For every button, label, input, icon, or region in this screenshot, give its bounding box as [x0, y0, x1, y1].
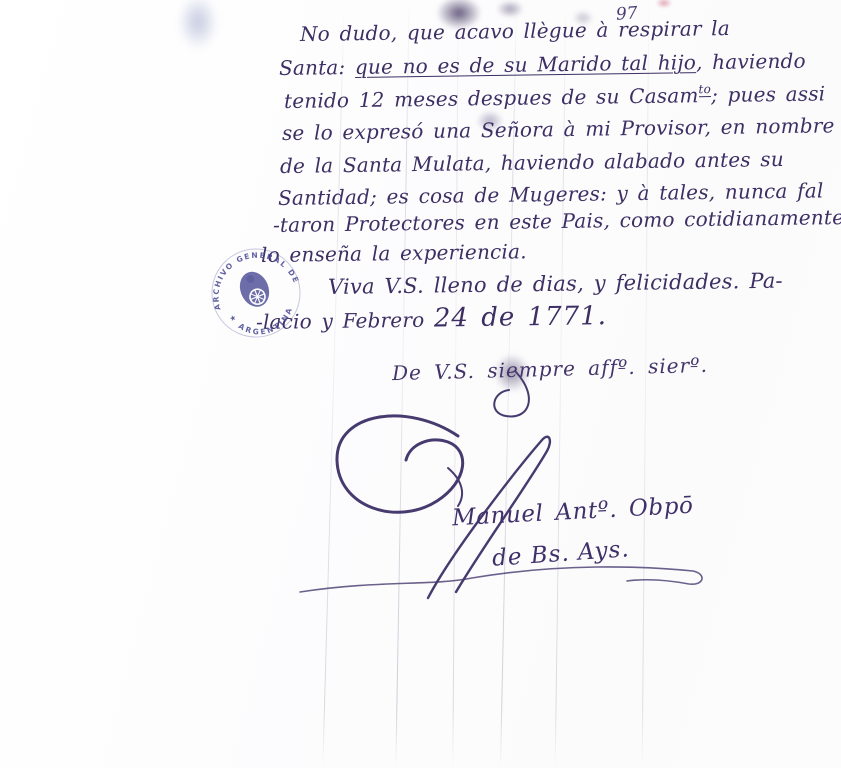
stamp-emblem [235, 267, 274, 311]
line-text: de la Santa Mulata, haviendo alabado ant… [280, 147, 784, 178]
signature-rubric-oval [337, 416, 463, 512]
manuscript-line: -lacio y Febrero 24 de 1771. [256, 301, 607, 336]
date-text: 24 de 1771. [434, 301, 607, 333]
manuscript-line: Santidad; es cosa de Mugeres: y à tales,… [278, 178, 824, 210]
pink-mark [656, 0, 672, 8]
line-text: , haviendo [696, 49, 806, 75]
manuscript-line: Santa: que no es de su Marido tal hijo, … [279, 49, 806, 80]
line-text: Santa: [279, 55, 355, 80]
signature-place: de Bs. Ays. [491, 536, 630, 572]
fold-crease [322, 0, 344, 768]
signature-connector [448, 468, 462, 506]
line-text: No dudo, que acavo llègue à respirar la [300, 16, 730, 46]
line-text: tenido 12 meses despues de su Casam [284, 83, 699, 113]
manuscript-line: Viva V.S. lleno de dias, y felicidades. … [328, 269, 783, 299]
closing-formula: De V.S. siempre affº. sierº. [392, 353, 708, 385]
manuscript-line: lo enseña la experiencia. [261, 239, 527, 267]
underlined-text: que no es de su Marido tal hijo [355, 50, 696, 79]
scanned-manuscript-page: 97 No dudo, que acavo llègue à respirar … [0, 0, 841, 768]
fold-crease [500, 0, 517, 768]
manuscript-line: No dudo, que acavo llègue à respirar la [300, 16, 730, 46]
manuscript-line: -taron Protectores en este Pais, como co… [273, 205, 841, 237]
manuscript-line: tenido 12 meses despues de su Casamto; p… [284, 81, 826, 113]
abbreviation-superscript: to [698, 82, 711, 97]
ink-stain [496, 0, 524, 18]
line-text: lo enseña la experiencia. [261, 239, 527, 267]
line-text: -taron Protectores en este Pais, como co… [273, 205, 841, 237]
line-text: se lo expresó una Señora à mi Provisor, … [282, 113, 835, 145]
blue-smudge [178, 0, 218, 50]
line-text: Viva V.S. lleno de dias, y felicidades. … [328, 269, 783, 299]
fold-crease [555, 0, 567, 768]
signature-name: Manuel Antº. Obpō [451, 493, 694, 532]
manuscript-line: de la Santa Mulata, haviendo alabado ant… [280, 147, 784, 178]
manuscript-line: se lo expresó una Señora à mi Provisor, … [282, 113, 835, 145]
fold-crease [452, 0, 458, 768]
line-text: -lacio y Febrero [256, 308, 434, 334]
line-text: Santidad; es cosa de Mugeres: y à tales,… [278, 178, 824, 210]
line-text: ; pues assi [711, 81, 826, 107]
